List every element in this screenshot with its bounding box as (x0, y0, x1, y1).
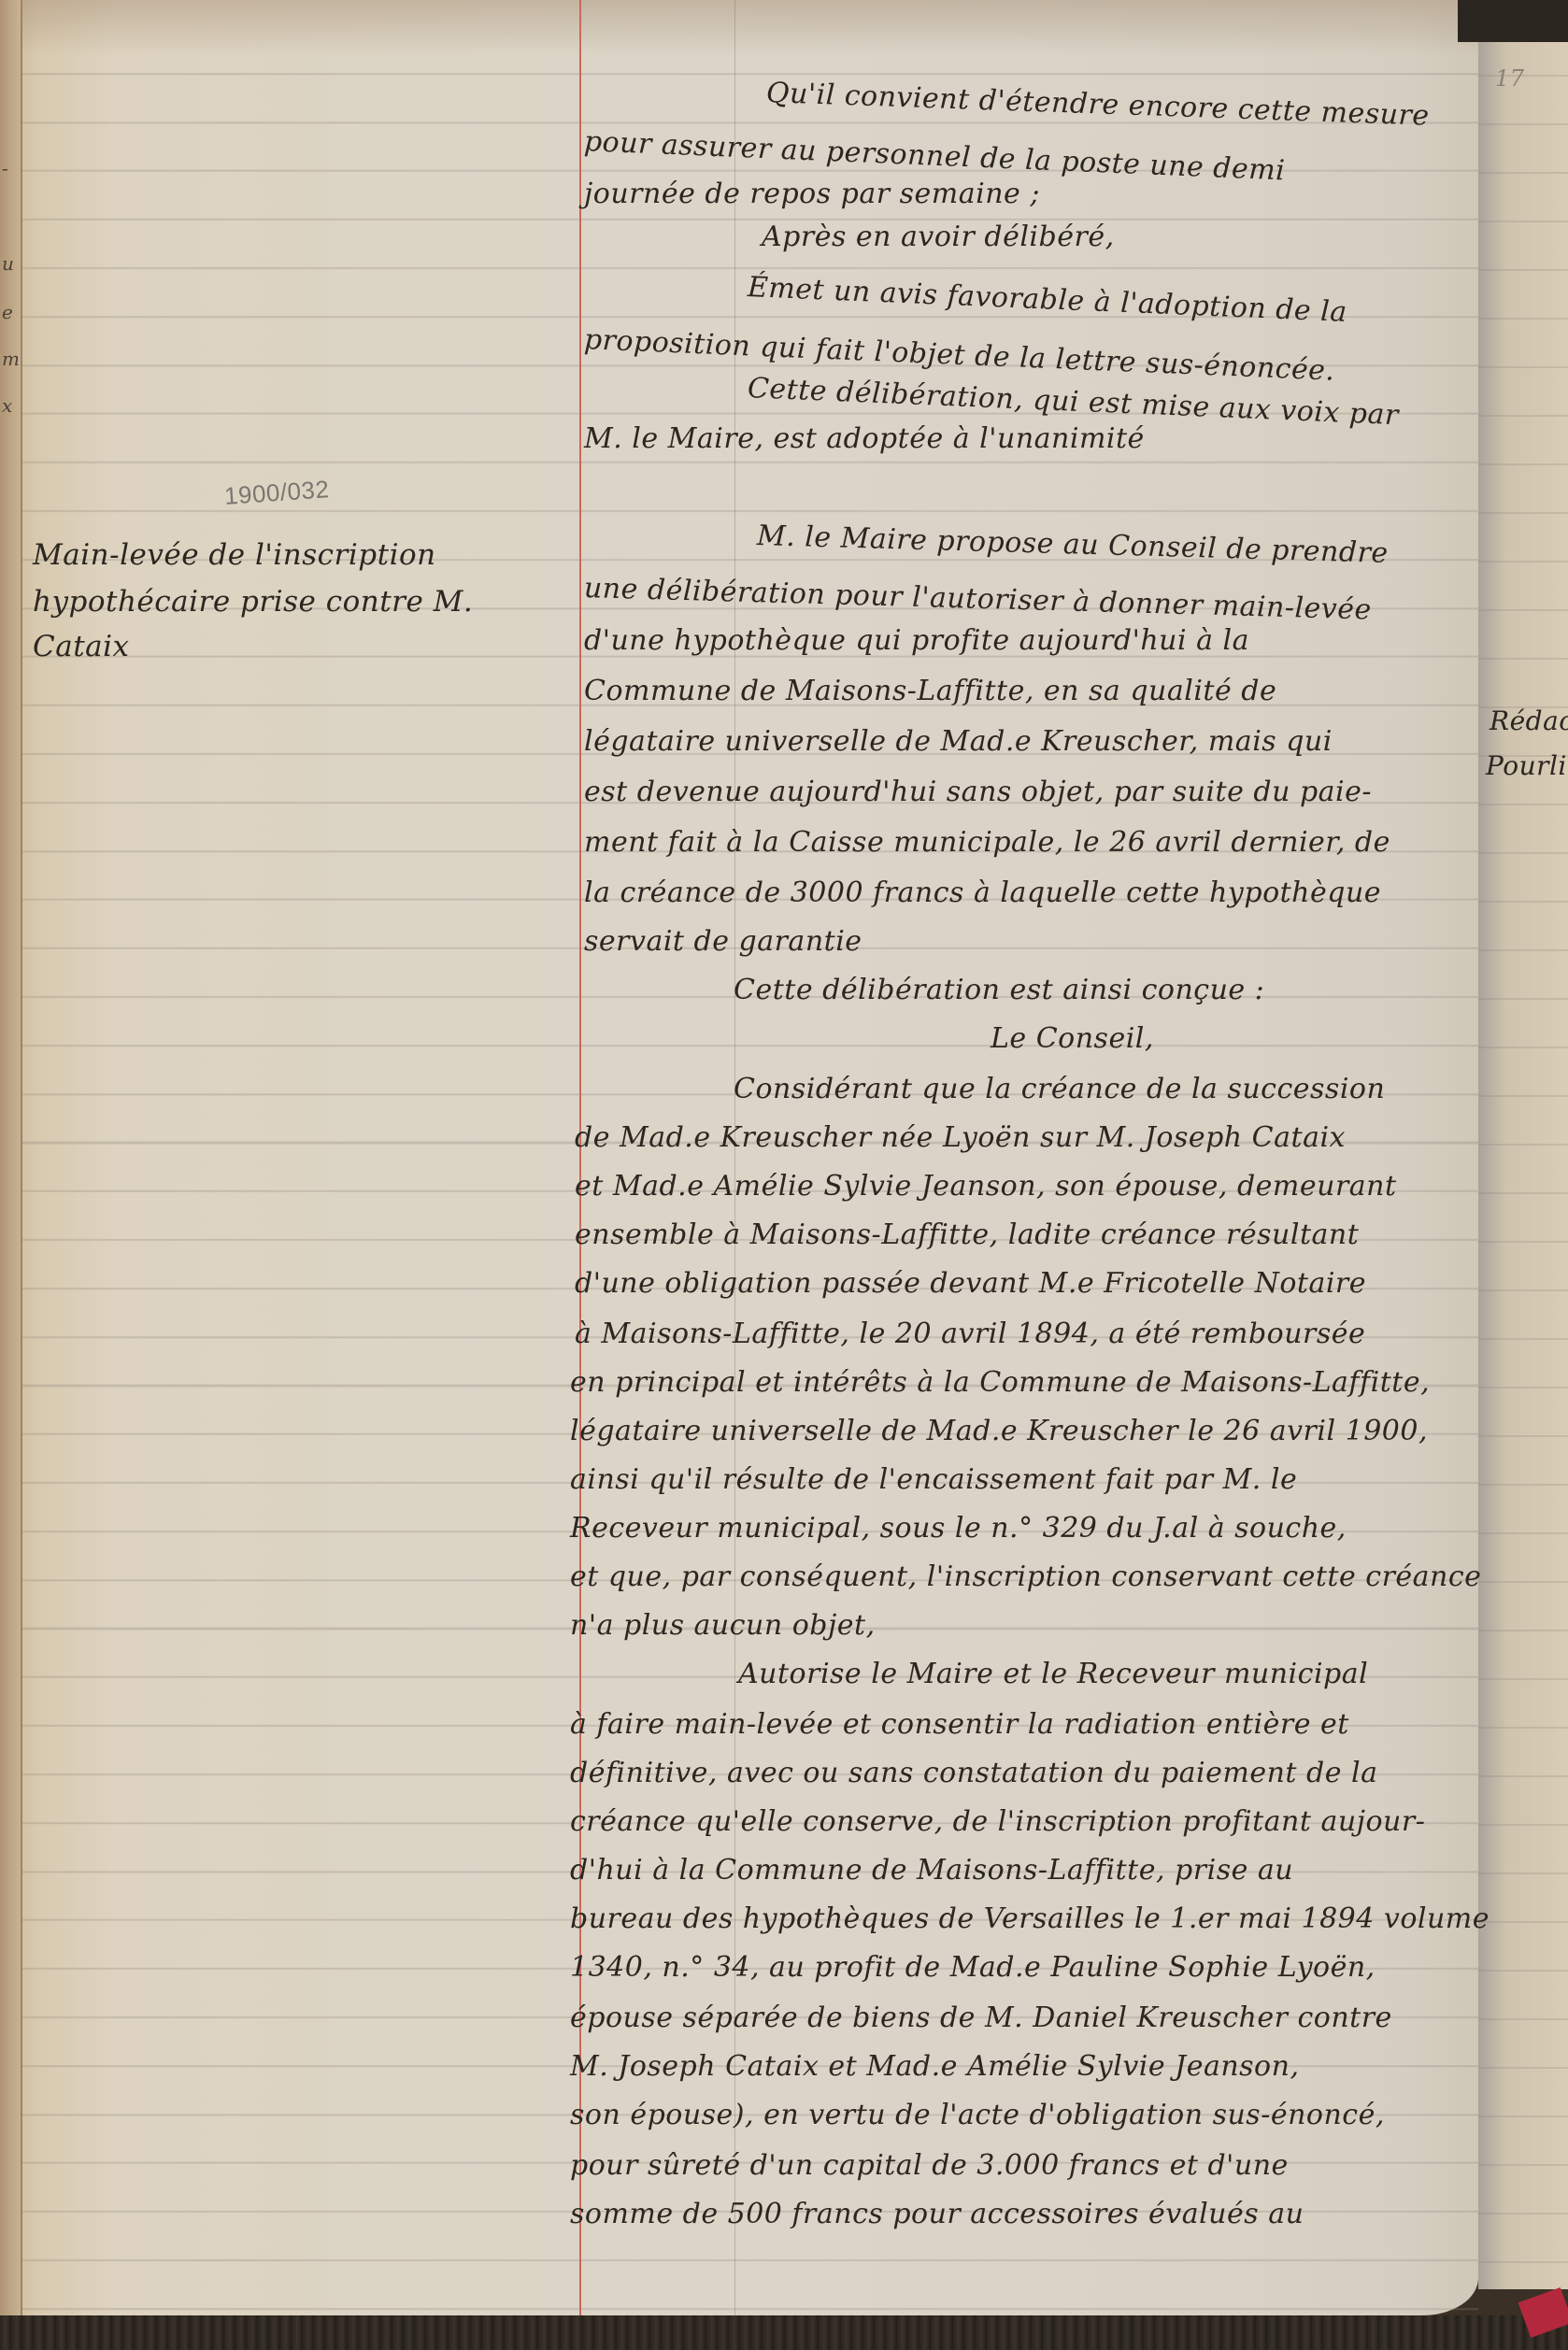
text-line: ainsi qu'il résulte de l'encaissement fa… (570, 1463, 1297, 1496)
text-line: pour sûreté d'un capital de 3.000 francs… (570, 2149, 1289, 2182)
margin-note-line: hypothécaire prise contre M. (33, 581, 473, 622)
bottom-binding (0, 2315, 1568, 2350)
margin-note-line: Cataix (33, 626, 473, 667)
text-line: journée de repos par semaine ; (584, 178, 1040, 210)
edge-fragment: x (2, 394, 13, 417)
neighbor-fragment: Rédac (1490, 705, 1568, 736)
text-line: d'une obligation passée devant M.e Frico… (575, 1267, 1366, 1300)
margin-subject-note: Main-levée de l'inscription hypothécaire… (33, 534, 473, 658)
neighbor-fragment: Pourli (1486, 750, 1567, 781)
text-line: M. Joseph Cataix et Mad.e Amélie Sylvie … (570, 2050, 1299, 2083)
text-line: Commune de Maisons-Laffitte, en sa quali… (584, 675, 1276, 707)
text-line: Considérant que la créance de la success… (734, 1073, 1385, 1105)
text-line: légataire universelle de Mad.e Kreuscher… (584, 725, 1333, 758)
text-line: ensemble à Maisons-Laffitte, ladite créa… (575, 1218, 1359, 1251)
edge-fragment: u (2, 252, 14, 275)
text-line: Autorise le Maire et le Receveur municip… (738, 1658, 1368, 1690)
text-line: d'une hypothèque qui profite aujourd'hui… (584, 624, 1249, 657)
text-line: ment fait à la Caisse municipale, le 26 … (584, 826, 1390, 859)
text-line: 1340, n.° 34, au profit de Mad.e Pauline… (570, 1951, 1376, 1984)
background-shadow (1458, 0, 1568, 42)
text-line: en principal et intérêts à la Commune de… (570, 1366, 1430, 1399)
text-line: n'a plus aucun objet, (570, 1609, 876, 1642)
text-line: Le Conseil, (991, 1022, 1154, 1055)
text-line: Cette délibération est ainsi conçue : (734, 974, 1264, 1006)
text-line: légataire universelle de Mad.e Kreuscher… (570, 1415, 1428, 1447)
folio-number: 17 (1495, 65, 1525, 92)
edge-fragment: m (2, 348, 20, 370)
text-line: créance qu'elle conserve, de l'inscripti… (570, 1805, 1425, 1838)
text-line: servait de garantie (584, 925, 862, 958)
margin-note-line: Main-levée de l'inscription (33, 534, 473, 576)
edge-fragment: e (2, 301, 13, 323)
text-line: à faire main-levée et consentir la radia… (570, 1708, 1349, 1741)
text-line: bureau des hypothèques de Versailles le … (570, 1902, 1490, 1935)
text-line: Après en avoir délibéré, (762, 221, 1115, 253)
text-line: M. le Maire, est adoptée à l'unanimité (584, 422, 1145, 455)
text-line: somme de 500 francs pour accessoires éva… (570, 2198, 1304, 2230)
text-line: définitive, avec ou sans constatation du… (570, 1757, 1378, 1789)
text-line: la créance de 3000 francs à laquelle cet… (584, 876, 1381, 909)
text-line: son épouse), en vertu de l'acte d'obliga… (570, 2099, 1385, 2131)
text-line: et que, par conséquent, l'inscription co… (570, 1560, 1481, 1593)
edge-fragment: - (2, 157, 8, 179)
text-line: de Mad.e Kreuscher née Lyoën sur M. Jose… (575, 1121, 1346, 1154)
text-line: Receveur municipal, sous le n.° 329 du J… (570, 1512, 1347, 1545)
page-top-shadow (0, 0, 1478, 56)
text-line: est devenue aujourd'hui sans objet, par … (584, 776, 1372, 808)
text-line: à Maisons-Laffitte, le 20 avril 1894, a … (575, 1317, 1365, 1350)
text-line: et Mad.e Amélie Sylvie Jeanson, son épou… (575, 1170, 1397, 1203)
text-line: épouse séparée de biens de M. Daniel Kre… (570, 2001, 1392, 2034)
neighbor-page-ruling (1478, 28, 1568, 2289)
text-line: d'hui à la Commune de Maisons-Laffitte, … (570, 1854, 1293, 1887)
